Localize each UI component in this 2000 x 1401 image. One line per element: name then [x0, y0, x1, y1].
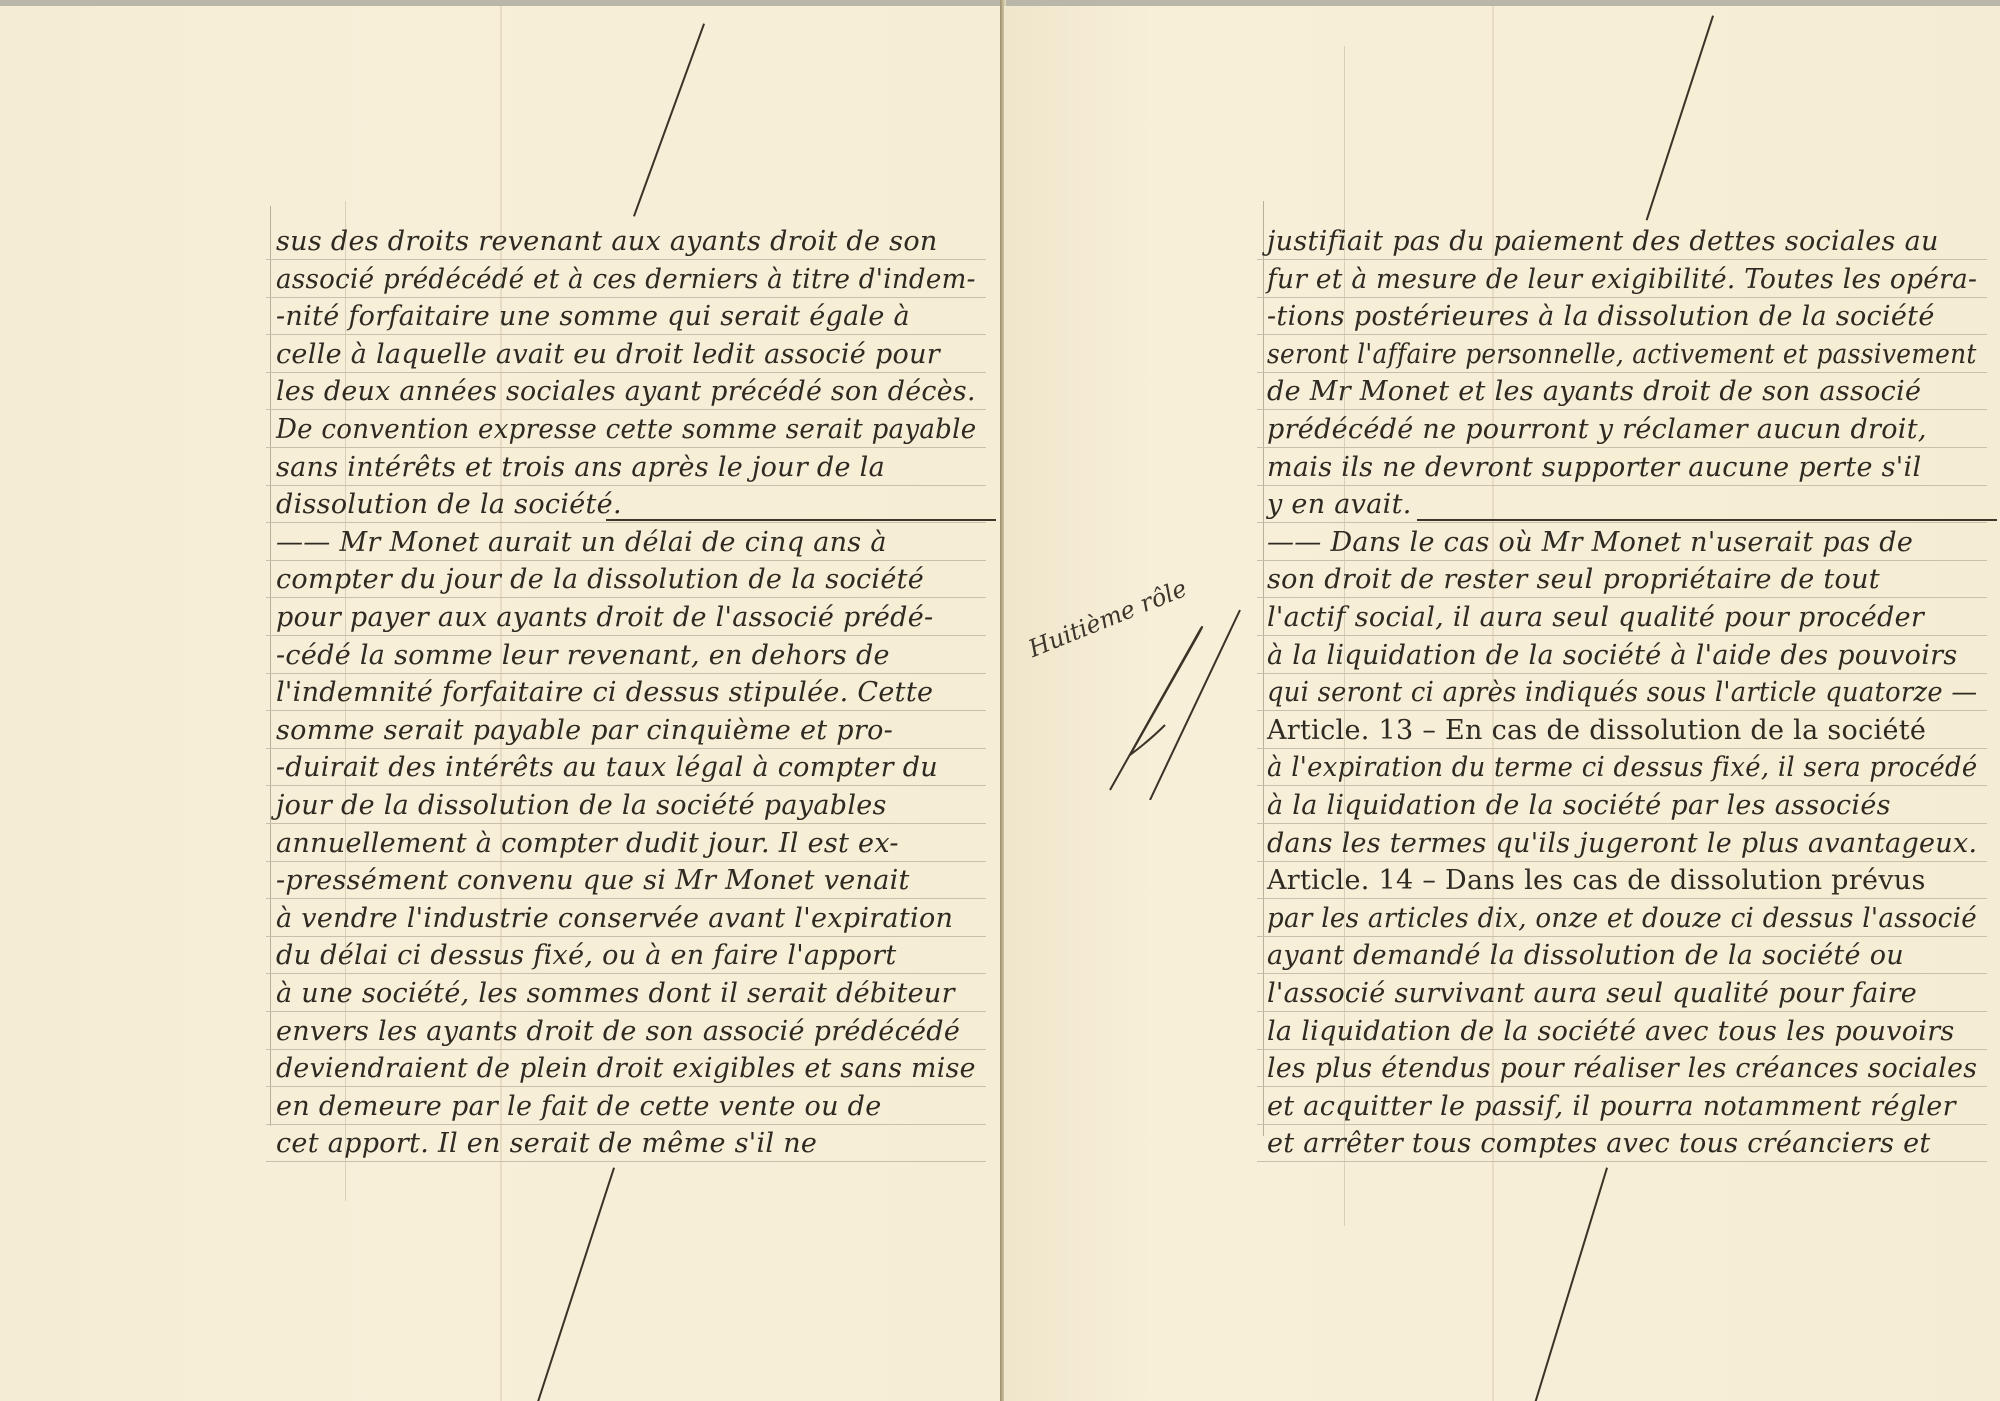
ruled-line — [1257, 898, 1987, 899]
right-margin-line — [1263, 201, 1264, 1136]
ruled-line — [1257, 973, 1987, 974]
text-line: jour de la dissolution de la société pay… — [276, 790, 887, 821]
text-line: ayant demandé la dissolution de la socié… — [1267, 940, 1904, 971]
text-line: fur et à mesure de leur exigibilité. Tou… — [1267, 264, 1977, 295]
ruled-line — [266, 259, 986, 260]
text-line: -tions postérieures à la dissolution de … — [1267, 301, 1935, 332]
text-line: -cédé la somme leur revenant, en dehors … — [276, 640, 890, 671]
text-line: l'indemnité forfaitaire ci dessus stipul… — [276, 677, 933, 708]
paragraph-end-stroke — [1417, 519, 1997, 521]
text-line: du délai ci dessus fixé, ou à en faire l… — [276, 940, 897, 971]
left-page-text: sus des droits revenant aux ayants droit… — [276, 226, 996, 1166]
ruled-line — [1257, 1011, 1987, 1012]
ruled-line — [1257, 372, 1987, 373]
cancel-stroke-top — [633, 23, 705, 216]
ruled-line — [266, 372, 986, 373]
text-line: l'actif social, il aura seul qualité pou… — [1267, 602, 1924, 633]
text-line: les plus étendus pour réaliser les créan… — [1267, 1053, 1977, 1084]
text-line: —— Dans le cas où Mr Monet n'userait pas… — [1267, 527, 1913, 558]
cancel-stroke-bottom — [536, 1167, 615, 1401]
ruled-line — [1257, 1049, 1987, 1050]
ruled-line — [1257, 522, 1987, 523]
text-line: -duirait des intérêts au taux légal à co… — [276, 752, 938, 783]
ruled-line — [1257, 597, 1987, 598]
ruled-line — [266, 1124, 986, 1125]
left-margin-line — [270, 206, 271, 1126]
ruled-line — [266, 560, 986, 561]
ruled-line — [1257, 936, 1987, 937]
ruled-line — [1257, 447, 1987, 448]
text-line: somme serait payable par cinquième et pr… — [276, 715, 893, 746]
text-line: associé prédécédé et à ces derniers à ti… — [276, 264, 976, 295]
ruled-line — [266, 635, 986, 636]
ruled-line — [1257, 485, 1987, 486]
right-page-text: justifiait pas du paiement des dettes so… — [1267, 226, 1997, 1166]
text-line: et acquitter le passif, il pourra notamm… — [1267, 1091, 1956, 1122]
ruled-line — [266, 1161, 986, 1162]
text-line: à la liquidation de la société par les a… — [1267, 790, 1891, 821]
ruled-line — [266, 673, 986, 674]
ruled-line — [1257, 673, 1987, 674]
ruled-line — [266, 522, 986, 523]
text-line: l'associé survivant aura seul qualité po… — [1267, 978, 1917, 1009]
text-line: cet apport. Il en serait de même s'il ne — [276, 1128, 817, 1159]
text-line: la liquidation de la société avec tous l… — [1267, 1016, 1955, 1047]
text-line: dissolution de la société. — [276, 489, 622, 520]
ruled-line — [1257, 1161, 1987, 1162]
text-line: -pressément convenu que si Mr Monet vena… — [276, 865, 910, 896]
ruled-line — [266, 973, 986, 974]
ruled-line — [266, 748, 986, 749]
text-line: pour payer aux ayants droit de l'associé… — [276, 602, 933, 633]
text-line: justifiait pas du paiement des dettes so… — [1267, 226, 1939, 257]
paragraph-end-stroke — [606, 519, 996, 521]
ruled-line — [266, 485, 986, 486]
ruled-line — [1257, 1124, 1987, 1125]
ruled-line — [266, 597, 986, 598]
ruled-line — [266, 861, 986, 862]
text-line: compter du jour de la dissolution de la … — [276, 564, 924, 595]
text-line: annuellement à compter dudit jour. Il es… — [276, 828, 899, 859]
text-line: prédécédé ne pourront y réclamer aucun d… — [1267, 414, 1927, 445]
text-line: sus des droits revenant aux ayants droit… — [276, 226, 938, 257]
text-line: qui seront ci après indiqués sous l'arti… — [1267, 677, 1977, 708]
ruled-line — [1257, 710, 1987, 711]
text-line: De convention expresse cette somme serai… — [276, 414, 976, 445]
text-line: -nité forfaitaire une somme qui serait é… — [276, 301, 910, 332]
ruled-line — [1257, 635, 1987, 636]
text-line: les deux années sociales ayant précédé s… — [276, 376, 976, 407]
text-line: mais ils ne devront supporter aucune per… — [1267, 452, 1921, 483]
cancel-stroke-bottom — [1534, 1167, 1608, 1401]
text-line: y en avait. — [1267, 489, 1412, 520]
ruled-line — [1257, 861, 1987, 862]
text-line: sans intérêts et trois ans après le jour… — [276, 452, 885, 483]
text-line: son droit de rester seul propriétaire de… — [1267, 564, 1880, 595]
left-page: sus des droits revenant aux ayants droit… — [0, 6, 1002, 1401]
ruled-line — [1257, 297, 1987, 298]
ruled-line — [266, 1011, 986, 1012]
ruled-line — [266, 936, 986, 937]
text-line: —— Mr Monet aurait un délai de cinq ans … — [276, 527, 887, 558]
text-line: et arrêter tous comptes avec tous créanc… — [1267, 1128, 1931, 1159]
ruled-line — [266, 1049, 986, 1050]
ruled-line — [266, 898, 986, 899]
ruled-line — [1257, 560, 1987, 561]
ruled-line — [1257, 334, 1987, 335]
text-line: celle à laquelle avait eu droit ledit as… — [276, 339, 940, 370]
ruled-line — [266, 785, 986, 786]
text-line: envers les ayants droit de son associé p… — [276, 1016, 960, 1047]
text-line: à l'expiration du terme ci dessus fixé, … — [1267, 752, 1977, 783]
text-line: de Mr Monet et les ayants droit de son a… — [1267, 376, 1921, 407]
text-line: dans les termes qu'ils jugeront le plus … — [1267, 828, 1977, 859]
cancel-stroke-top — [1646, 15, 1714, 220]
open-booklet: sus des droits revenant aux ayants droit… — [0, 0, 2000, 1401]
text-line: Article. 14 – Dans les cas de dissolutio… — [1267, 865, 1926, 896]
ruled-line — [266, 710, 986, 711]
text-line: en demeure par le fait de cette vente ou… — [276, 1091, 882, 1122]
ruled-line — [1257, 1086, 1987, 1087]
paraph-flourish-icon — [1090, 600, 1250, 800]
ruled-line — [266, 823, 986, 824]
ruled-line — [1257, 823, 1987, 824]
ruled-line — [266, 334, 986, 335]
ruled-line — [266, 297, 986, 298]
ruled-line — [1257, 259, 1987, 260]
text-line: seront l'affaire personnelle, activement… — [1267, 339, 1977, 370]
ruled-line — [266, 447, 986, 448]
ruled-line — [266, 1086, 986, 1087]
text-line: à vendre l'industrie conservée avant l'e… — [276, 903, 953, 934]
text-line: deviendraient de plein droit exigibles e… — [276, 1053, 976, 1084]
ruled-line — [1257, 409, 1987, 410]
ruled-line — [1257, 785, 1987, 786]
ruled-line — [1257, 748, 1987, 749]
text-line: à la liquidation de la société à l'aide … — [1267, 640, 1958, 671]
text-line: par les articles dix, onze et douze ci d… — [1267, 903, 1977, 934]
text-line: à une société, les sommes dont il serait… — [276, 978, 955, 1009]
ruled-line — [266, 409, 986, 410]
text-line: Article. 13 – En cas de dissolution de l… — [1267, 715, 1926, 746]
